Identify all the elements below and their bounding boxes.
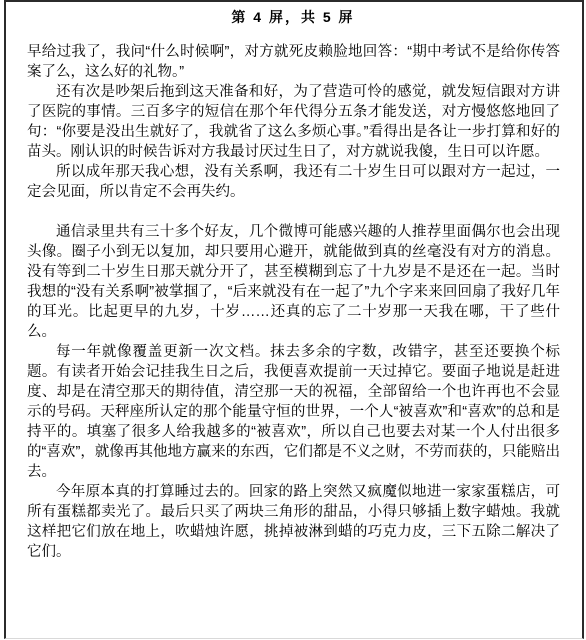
paragraph: 早给过我了，我问“什么时候啊”，对方就死皮赖脸地回答：“期中考试不是给你传答案了…: [27, 42, 560, 82]
page-indicator: 第 4 屏，共 5 屏: [0, 7, 586, 27]
paragraph: 还有次是吵架后拖到这天准备和好，为了营造可怜的感觉，就发短信跟对方讲了医院的事情…: [27, 82, 560, 162]
paragraph: 所以成年那天我心想，没有关系啊，我还有二十岁生日可以跟对方一起过，一定会见面，所…: [27, 162, 560, 202]
reading-area[interactable]: 早给过我了，我问“什么时候啊”，对方就死皮赖脸地回答：“期中考试不是给你传答案了…: [27, 42, 560, 562]
paragraph: 每一年就像覆盖更新一次文档。抹去多余的字数，改错字，甚至还要换个标题。有读者开始…: [27, 342, 560, 482]
reader-screen: 第 4 屏，共 5 屏 早给过我了，我问“什么时候啊”，对方就死皮赖脸地回答：“…: [0, 0, 586, 640]
paragraph: 今年原本真的打算睡过去的。回家的路上突然又疯魔似地进一家家蛋糕店，可所有蛋糕都卖…: [27, 482, 560, 562]
paragraph: 通信录里共有三十多个好友，几个微博可能感兴趣的人推荐里面偶尔也会出现头像。圈子小…: [27, 222, 560, 342]
